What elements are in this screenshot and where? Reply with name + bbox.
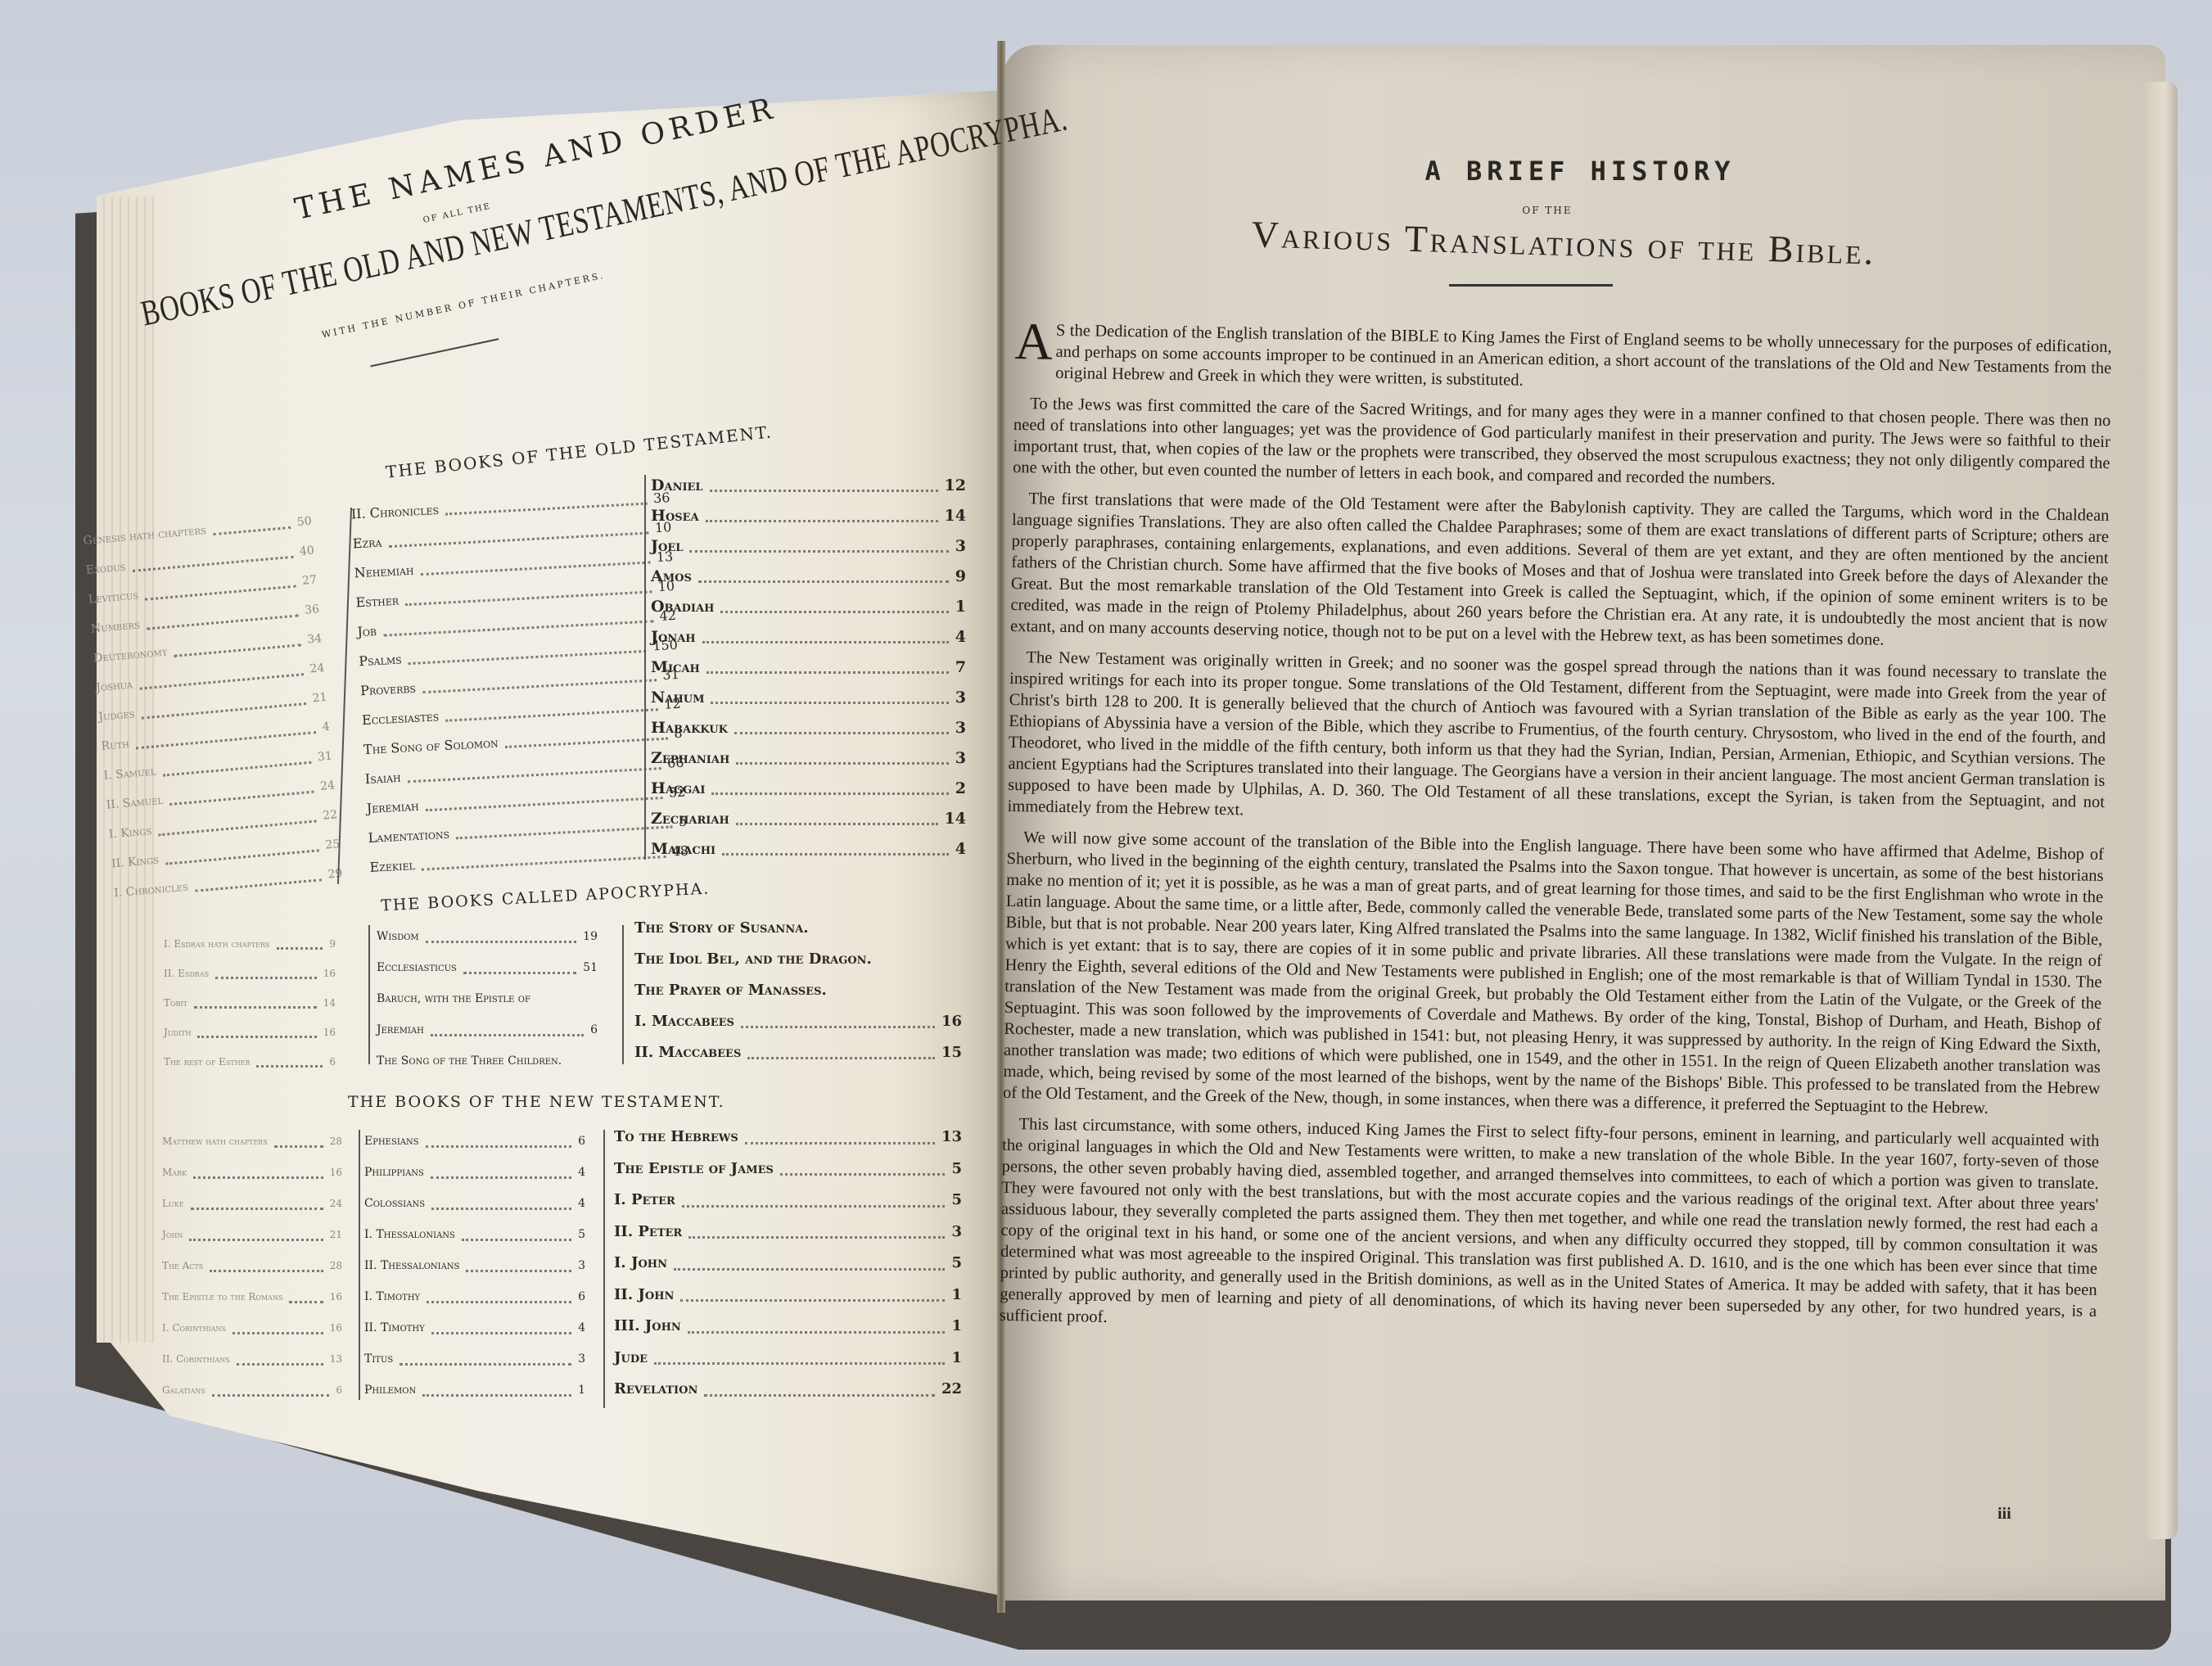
photo-scene: THE NAMES AND ORDER OF ALL THE BOOKS OF …: [0, 0, 2212, 1666]
chapter-count: 28: [330, 1250, 342, 1281]
toc-entry: Galatians6: [162, 1375, 342, 1406]
leader-dots: [710, 471, 938, 492]
leader-dots: [736, 804, 938, 825]
book-name: The Story of Susanna.: [634, 913, 809, 944]
chapter-count: 16: [941, 1006, 962, 1037]
chapter-count: 4: [578, 1188, 585, 1219]
drop-cap: A: [1014, 319, 1053, 364]
chapter-count: 3: [578, 1250, 585, 1281]
toc-entry: Malachi4: [651, 834, 966, 865]
toc-entry: The Epistle of James5: [614, 1154, 962, 1185]
book-name: Daniel: [651, 471, 703, 501]
book-name: The Song of the Three Children.: [377, 1045, 562, 1077]
toc-entry: Colossians4: [364, 1188, 585, 1219]
book-name: II. Peter: [614, 1217, 682, 1248]
old-testament-col3: Daniel12Hosea14Joel3Amos9Obadiah1Jonah4M…: [651, 471, 966, 865]
chapter-count: 4: [578, 1312, 585, 1343]
toc-entry: I. Maccabees16: [634, 1006, 962, 1037]
chapter-count: 21: [330, 1219, 342, 1250]
history-heading-main: Various Translations of the Bible.: [1015, 205, 2113, 279]
leader-dots: [194, 988, 317, 1009]
leader-dots: [654, 1343, 945, 1366]
leader-dots: [210, 1250, 323, 1272]
chapter-count: 5: [951, 1185, 962, 1217]
leader-dots: [431, 1157, 571, 1179]
toc-rule: [370, 338, 499, 367]
leader-dots: [734, 713, 949, 734]
book-name: Zechariah: [651, 804, 729, 834]
toc-entry: The rest of Esther6: [164, 1047, 336, 1077]
paragraph: To the Jews was first committed the care…: [1013, 393, 2110, 495]
toc-entry: Micah7: [651, 652, 966, 683]
leader-dots: [711, 683, 948, 704]
leader-dots: [462, 1219, 571, 1241]
toc-entry: Philippians4: [364, 1157, 585, 1188]
book-name: The Prayer of Manasses.: [634, 975, 827, 1006]
book-name: Numbers: [90, 610, 142, 643]
leader-dots: [741, 1006, 935, 1028]
book-name: Ruth: [100, 729, 130, 761]
paragraph: This last circumstance, with some others…: [1000, 1113, 2100, 1343]
leader-dots: [193, 1157, 323, 1179]
chapter-count: 3: [951, 1217, 962, 1248]
toc-entry: Haggai2: [651, 774, 966, 804]
book-name: Esther: [355, 586, 400, 618]
book-name: Malachi: [651, 834, 716, 865]
chapter-count: 14: [945, 804, 966, 834]
chapter-count: 9: [329, 929, 336, 959]
leader-dots: [426, 1126, 571, 1148]
leader-dots: [706, 652, 949, 674]
toc-entry: II. Peter3: [614, 1217, 962, 1248]
book-name: Jonah: [651, 622, 696, 652]
chapter-count: 12: [945, 471, 966, 501]
toc-entry: Daniel12: [651, 471, 966, 501]
book-name: Jude: [614, 1343, 648, 1375]
leader-dots: [431, 1188, 571, 1210]
book-name: Ecclesiasticus: [377, 952, 457, 983]
apocrypha-heading: THE BOOKS CALLED APOCRYPHA.: [381, 879, 711, 914]
chapter-count: 2: [955, 774, 966, 804]
book-name: II. Esdras: [164, 959, 209, 988]
chapter-count: 14: [323, 988, 336, 1018]
toc-entry: Hosea14: [651, 501, 966, 531]
toc-entry: Zechariah14: [651, 804, 966, 834]
book-name: Joel: [651, 531, 683, 562]
book-name: Baruch, with the Epistle of: [377, 983, 530, 1014]
toc-entry: Habakkuk3: [651, 713, 966, 743]
toc-entry: The Epistle to the Romans16: [162, 1281, 342, 1312]
history-article: A BRIEF HISTORY OF THE Various Translati…: [1015, 156, 2112, 1336]
leader-dots: [212, 1375, 330, 1397]
chapter-count: 24: [330, 1188, 342, 1219]
book-name: I. John: [614, 1248, 667, 1280]
leader-dots: [688, 1217, 945, 1239]
chapter-count: 1: [578, 1375, 585, 1406]
chapter-count: 14: [945, 501, 966, 531]
chapter-count: 29: [327, 859, 344, 889]
toc-entry: Ecclesiasticus51: [377, 952, 598, 983]
book-name: Obadiah: [651, 592, 714, 622]
leader-dots: [215, 959, 317, 979]
book-name: The Idol Bel, and the Dragon.: [634, 944, 872, 975]
chapter-count: 5: [578, 1219, 585, 1250]
chapter-count: 21: [311, 683, 328, 713]
leader-dots: [232, 1312, 323, 1334]
book-name: Galatians: [162, 1375, 205, 1406]
leader-dots: [780, 1154, 946, 1176]
chapter-count: 24: [319, 770, 336, 801]
toc-entry: The Song of the Three Children.: [377, 1045, 598, 1077]
toc-entry: Philemon1: [364, 1375, 585, 1406]
toc-entry: Luke24: [162, 1188, 342, 1219]
book-name: The Acts: [162, 1250, 203, 1281]
toc-entry: John21: [162, 1219, 342, 1250]
book-name: Micah: [651, 652, 700, 683]
toc-entry: The Acts28: [162, 1250, 342, 1281]
leader-dots: [736, 743, 949, 765]
toc-entry: I. Timothy6: [364, 1281, 585, 1312]
book-name: Matthew hath chapters: [162, 1126, 268, 1157]
book-name: II. Chronicles: [350, 495, 440, 530]
book-name: Wisdom: [377, 921, 419, 952]
book-name: I. Samuel: [102, 756, 157, 790]
book-name: I. Chronicles: [113, 873, 190, 909]
book-name: Tobit: [164, 988, 187, 1018]
book-name: The Epistle of James: [614, 1154, 774, 1185]
chapter-count: 3: [955, 531, 966, 562]
book-name: Exodus: [84, 553, 127, 585]
book-name: I. Kings: [108, 816, 153, 849]
old-testament-col1: Genesis hath chapters50Exodus40Leviticus…: [82, 507, 344, 909]
chapter-count: 13: [941, 1122, 962, 1154]
toc-entry: Judith16: [164, 1018, 336, 1047]
leader-dots: [237, 1343, 323, 1366]
book-name: Judith: [164, 1018, 191, 1047]
toc-entry: Wisdom19: [377, 921, 598, 952]
chapter-count: 6: [578, 1281, 585, 1312]
chapter-count: 16: [330, 1281, 342, 1312]
paragraph: The New Testament was originally written…: [1007, 647, 2106, 834]
toc-entry: Nahum3: [651, 683, 966, 713]
book-name: II. Timothy: [364, 1312, 425, 1343]
chapter-count: 15: [941, 1037, 962, 1068]
toc-entry: III. John1: [614, 1311, 962, 1343]
leader-dots: [189, 1219, 323, 1241]
toc-entry: The Story of Susanna.: [634, 913, 962, 944]
book-name: Haggai: [651, 774, 705, 804]
toc-entry: Jude1: [614, 1343, 962, 1375]
book-name: I. Corinthians: [162, 1312, 226, 1343]
toc-entry: II. John1: [614, 1280, 962, 1312]
leader-dots: [426, 921, 577, 943]
chapter-count: 5: [951, 1248, 962, 1280]
toc-entry: Titus3: [364, 1343, 585, 1375]
book-name: I. Esdras hath chapters: [164, 929, 270, 959]
leader-dots: [463, 952, 576, 974]
toc-entry: I. John5: [614, 1248, 962, 1280]
chapter-count: 22: [322, 800, 339, 830]
toc-entry: I. Thessalonians5: [364, 1219, 585, 1250]
chapter-count: 34: [306, 624, 323, 654]
chapter-count: 4: [578, 1157, 585, 1188]
book-name: Jeremiah: [366, 792, 420, 824]
book-name: Psalms: [358, 645, 402, 677]
book-name: Lamentations: [368, 819, 450, 853]
book-name: II. Maccabees: [634, 1037, 741, 1068]
book-name: Philemon: [364, 1375, 416, 1406]
chapter-count: 19: [583, 921, 598, 952]
toc-entry: Ephesians6: [364, 1126, 585, 1157]
leader-dots: [689, 531, 948, 553]
book-name: Mark: [162, 1157, 187, 1188]
apocrypha-col3: The Story of Susanna.The Idol Bel, and t…: [634, 913, 962, 1068]
paragraph: AS the Dedication of the English transla…: [1014, 319, 2112, 400]
new-testament-col3: To the Hebrews13The Epistle of James5I. …: [614, 1122, 962, 1406]
chapter-count: 6: [329, 1047, 336, 1077]
leader-dots: [674, 1248, 946, 1271]
toc-entry: Jeremiah6: [377, 1014, 598, 1045]
leader-dots: [191, 1188, 323, 1210]
book-name: Habakkuk: [651, 713, 728, 743]
leader-dots: [682, 1185, 946, 1208]
book-name: Ecclesiastes: [361, 702, 440, 735]
chapter-count: 5: [951, 1154, 962, 1185]
chapter-count: 50: [296, 507, 313, 537]
new-testament-heading: THE BOOKS OF THE NEW TESTAMENT.: [348, 1093, 725, 1111]
book-name: Ezra: [352, 528, 382, 559]
book-name: I. Thessalonians: [364, 1219, 455, 1250]
column-divider: [337, 508, 352, 884]
heading-rule: [1449, 284, 1613, 287]
chapter-count: 3: [578, 1343, 585, 1375]
book-name: Ezekiel: [369, 851, 416, 883]
leader-dots: [704, 1374, 935, 1397]
book-name: Ephesians: [364, 1126, 419, 1157]
toc-entry: I. Peter5: [614, 1185, 962, 1217]
book-name: II. Corinthians: [162, 1343, 230, 1375]
book-name: I. Timothy: [364, 1281, 420, 1312]
column-divider: [603, 1130, 605, 1408]
leader-dots: [256, 1047, 323, 1068]
leader-dots: [720, 592, 948, 613]
toc-entry: I. Esdras hath chapters9: [164, 929, 336, 959]
book-name: II. Thessalonians: [364, 1250, 459, 1281]
leader-dots: [197, 1018, 316, 1038]
chapter-count: 31: [316, 742, 333, 772]
apocrypha-col1: I. Esdras hath chapters9II. Esdras16Tobi…: [164, 929, 336, 1077]
history-heading-top: A BRIEF HISTORY: [1048, 156, 2112, 187]
book-name: I. Maccabees: [634, 1006, 734, 1037]
chapter-count: 16: [330, 1312, 342, 1343]
book-name: To the Hebrews: [614, 1122, 738, 1154]
column-divider: [622, 925, 624, 1064]
column-divider: [644, 475, 646, 860]
leader-dots: [680, 1280, 945, 1303]
toc-entry: II. Esdras16: [164, 959, 336, 988]
book-name: III. John: [614, 1311, 681, 1343]
chapter-count: 16: [330, 1157, 342, 1188]
leader-dots: [698, 562, 949, 583]
column-divider: [368, 925, 370, 1064]
book-name: Titus: [364, 1343, 393, 1375]
paragraph: The first translations that were made of…: [1010, 488, 2110, 654]
book-name: Nehemiah: [354, 556, 415, 589]
book-name: Nahum: [651, 683, 704, 713]
chapter-count: 4: [955, 834, 966, 865]
chapter-count: 7: [955, 652, 966, 683]
toc-entry: Baruch, with the Epistle of: [377, 983, 598, 1014]
chapter-count: 22: [941, 1374, 962, 1406]
page-number: iii: [1998, 1505, 2011, 1524]
toc-entry: Mark16: [162, 1157, 342, 1188]
chapter-count: 1: [955, 592, 966, 622]
toc-entry: Jonah4: [651, 622, 966, 652]
chapter-count: 1: [951, 1280, 962, 1312]
book-name: Leviticus: [87, 580, 139, 614]
apocrypha-col2: Wisdom19Ecclesiasticus51Baruch, with the…: [377, 921, 598, 1077]
toc-entry: The Idol Bel, and the Dragon.: [634, 944, 962, 975]
book-name: Philippians: [364, 1157, 424, 1188]
chapter-count: 40: [298, 536, 315, 567]
chapter-count: 27: [301, 565, 318, 595]
chapter-count: 16: [323, 1018, 336, 1047]
leader-dots: [702, 622, 949, 643]
leader-dots: [274, 1126, 323, 1148]
book-gutter: [997, 41, 1005, 1613]
leader-dots: [427, 1281, 571, 1303]
chapter-count: 1: [951, 1343, 962, 1375]
chapter-count: 6: [590, 1014, 598, 1045]
leader-dots: [747, 1037, 935, 1059]
leader-dots: [745, 1122, 935, 1145]
chapter-count: 3: [955, 713, 966, 743]
leader-dots: [722, 834, 949, 856]
leader-dots: [466, 1250, 571, 1272]
toc-entry: Matthew hath chapters28: [162, 1126, 342, 1157]
book-name: Colossians: [364, 1188, 425, 1219]
new-testament-col2: Ephesians6Philippians4Colossians4I. Thes…: [364, 1126, 585, 1406]
chapter-count: 16: [323, 959, 336, 988]
leader-dots: [289, 1281, 323, 1303]
book-name: Jeremiah: [377, 1014, 424, 1045]
toc-entry: Zephaniah3: [651, 743, 966, 774]
toc-entry: Obadiah1: [651, 592, 966, 622]
right-page-edge: [2145, 82, 2178, 1539]
toc-entry: II. Corinthians13: [162, 1343, 342, 1375]
chapter-count: 1: [951, 1311, 962, 1343]
history-body: AS the Dedication of the English transla…: [1000, 319, 2112, 1343]
chapter-count: 3: [955, 743, 966, 774]
toc-entry: To the Hebrews13: [614, 1122, 962, 1154]
chapter-count: 51: [583, 952, 598, 983]
leader-dots: [445, 485, 647, 516]
book-name: I. Peter: [614, 1185, 675, 1217]
chapter-count: 36: [304, 594, 321, 625]
toc-entry: Amos9: [651, 562, 966, 592]
new-testament-col1: Matthew hath chapters28Mark16Luke24John2…: [162, 1126, 342, 1406]
chapter-count: 24: [309, 653, 326, 684]
book-name: Luke: [162, 1188, 184, 1219]
leader-dots: [688, 1311, 946, 1334]
paragraph: We will now give some account of the tra…: [1003, 827, 2104, 1121]
book-name: Proverbs: [359, 674, 417, 706]
column-divider: [359, 1130, 360, 1400]
book-name: Zephaniah: [651, 743, 729, 774]
toc-entry: Revelation22: [614, 1374, 962, 1406]
book-name: II. Kings: [111, 846, 160, 879]
toc-entry: II. Thessalonians3: [364, 1250, 585, 1281]
book-name: Hosea: [651, 501, 699, 531]
toc-entry: The Prayer of Manasses.: [634, 975, 962, 1006]
chapter-count: 6: [578, 1126, 585, 1157]
book-name: The rest of Esther: [164, 1047, 250, 1077]
leader-dots: [706, 501, 938, 522]
old-testament-col2: II. Chronicles36Ezra10Nehemiah13Esther10…: [350, 483, 689, 883]
leader-dots: [277, 929, 323, 950]
book-name: John: [162, 1219, 183, 1250]
leader-dots: [431, 1312, 571, 1334]
book-name: The Epistle to the Romans: [162, 1281, 282, 1312]
book-name: Judges: [97, 699, 136, 732]
toc-entry: II. Maccabees15: [634, 1037, 962, 1068]
chapter-count: 28: [330, 1126, 342, 1157]
toc-entry: II. Timothy4: [364, 1312, 585, 1343]
book-name: Isaiah: [364, 763, 402, 794]
toc-entry: Tobit14: [164, 988, 336, 1018]
toc-entry: I. Corinthians16: [162, 1312, 342, 1343]
table-of-contents: THE NAMES AND ORDER OF ALL THE BOOKS OF …: [147, 164, 982, 1474]
chapter-count: 4: [955, 622, 966, 652]
leader-dots: [711, 774, 948, 795]
book-name: Amos: [651, 562, 692, 592]
book-name: Job: [357, 616, 377, 647]
chapter-count: 9: [955, 562, 966, 592]
leader-dots: [431, 1014, 584, 1036]
book-name: Revelation: [614, 1374, 697, 1406]
book-name: II. John: [614, 1280, 674, 1312]
book-name: Joshua: [95, 670, 134, 703]
chapter-count: 13: [330, 1343, 342, 1375]
toc-entry: Joel3: [651, 531, 966, 562]
leader-dots: [422, 1375, 571, 1397]
chapter-count: 6: [336, 1375, 342, 1406]
book-name: II. Samuel: [105, 786, 164, 820]
leader-dots: [400, 1343, 571, 1366]
chapter-count: 3: [955, 683, 966, 713]
chapter-count: 4: [321, 712, 331, 743]
